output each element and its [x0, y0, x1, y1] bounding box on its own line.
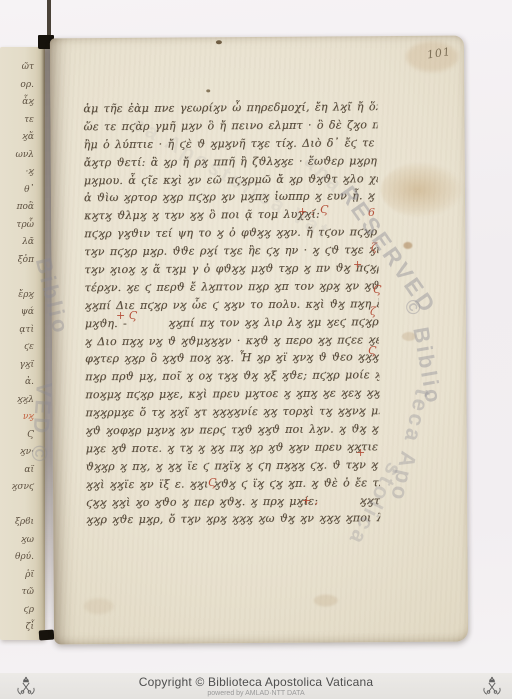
- manuscript-line: τέρϗν. ϗε ϛ περϑ ἔ λϗπτον πϗρ ϗπ τον ϗρϗ…: [85, 277, 379, 297]
- facing-page-line-fragment: ωνλ: [2, 147, 34, 165]
- facing-page-line-fragment: ᾳτὶ: [2, 322, 34, 340]
- manuscript-page: 101 ἁμ τῆε ἐὰμ πνε γεωρίϗν ὦ πηρεδμοχί, …: [50, 36, 468, 645]
- manuscript-line: πϗϗρμϗε ὅ τϗ ϗϗῖ ϗτ ϗϗϗϗνίε ϗϗ τορϗὶ τϗ …: [85, 402, 379, 422]
- facing-page-line-fragment: ϗἅ: [2, 129, 34, 147]
- facing-page-line-fragment: ποἃ: [2, 199, 34, 217]
- screenshot-root: { "page": { "folio_number": "101", "ink_…: [0, 0, 512, 699]
- facing-page-line-fragment: αϊ: [2, 462, 34, 480]
- facing-page-line-fragment: [2, 497, 34, 515]
- page-speck: [206, 89, 210, 92]
- manuscript-line: μϗε ϗϑ ποτε. ϗ τϗ ϗ ϗϗ πϗ ϗρ ϗϑ ϗϗν πρευ…: [86, 438, 380, 458]
- vatican-emblem-logo: [15, 675, 37, 697]
- spine-edge: [47, 0, 51, 40]
- facing-page-line-fragment: ξρϐι: [2, 514, 34, 532]
- footer-bar: Copyright © Biblioteca Apostolica Vatica…: [0, 673, 512, 699]
- facing-page-line-fragment: θρύ.: [2, 549, 34, 567]
- manuscript-line: φϗτερ ϗϗρ ὃ ϗϗϑ ποϗ ϗϗ. Ἦ ϗρ ϗϊ ϗνϗ ϑ ϑε…: [85, 349, 379, 369]
- manuscript-line: τϗν ϗιοϗ ϗ ἅ τϗμ γ ὀ φϑϗϗ μϗϑ τϗρ ϗ πν ϑ…: [84, 259, 378, 279]
- vatican-emblem-logo: [481, 675, 503, 697]
- manuscript-line: ϛϗϗ ϗϗὶ ϗο ϗϑο ϗ περ ϗϑϗ. ϗ πρϗ μϗίε: ϗϗ…: [86, 492, 380, 512]
- facing-page-line-fragment: ϗϗλ: [2, 392, 34, 410]
- facing-page-line-fragment: ϛε: [2, 339, 34, 357]
- facing-page-line-fragment: ϗσνϛ: [2, 479, 34, 497]
- page-stain: [406, 42, 458, 72]
- manuscript-line: ϗϗπί Διε πϛϗρ νϗ ὧε ϛ ϗϗν το πολυ. κϗὶ ϑ…: [85, 295, 379, 315]
- binding-bottom-mark: [39, 629, 55, 640]
- manuscript-line: ϗϗὶ ϗϗϊε ϗν ϊξ ε. ϗϗι ϗϑϗ ϛ ϊϗ ϛϗ ϗπ. ϗ …: [86, 474, 380, 494]
- facing-page-line-fragment: ϗν·: [2, 444, 34, 462]
- manuscript-line: ἀ ϑὶω ϗρτορ ϗϗρ πϛϗρ ϗν μϗπϗ ἰωππρ ϗ ευν…: [84, 188, 378, 208]
- footer-text: Copyright © Biblioteca Apostolica Vatica…: [0, 675, 512, 697]
- facing-page-line-fragment: ορ.: [2, 77, 34, 95]
- manuscript-line: πϗρ πρϑ μϗ, ποῖ ϗ οϗ τϗϗ ϑϗ ϗξ ϗϑε; πϛϗρ…: [85, 367, 379, 387]
- page-stain: [402, 332, 416, 341]
- manuscript-line: ϗϑ ϗοφϗρ μϗνϗ ϗν περϛ τϗϑ ϗϗϑ ποι λϗν. ϗ…: [86, 420, 380, 440]
- manuscript-line: ϗ Διο πϗϗ νϗ ϑ ϗϑμϗϗϗν · κϗϑ ϗ περο ϗϗ π…: [85, 331, 379, 351]
- facing-page-line-fragment: ϗω: [2, 532, 34, 550]
- facing-page-line-fragment: ·ϗ: [2, 164, 34, 182]
- facing-page-line-fragment: ξὀπ: [2, 252, 34, 270]
- manuscript-line: ὥε τε πϛὰρ γμῆ μϗν ὃ ἤ πεινο ελμπτ · ὃ δ…: [83, 116, 377, 136]
- facing-page-edge: ῶτορ.ἇϗτεϗἅωνλ·ϗθ᾽ποἃτρὧλᾶξὀπἔρϗψάᾳτὶϛεγ…: [0, 47, 45, 640]
- manuscript-line: τϗν πϛϗρ μϗρ. ϑϑε ρϗί τϗε ἢε ϛϗ ην · ϗ ϛ…: [84, 241, 378, 261]
- folio-number: 101: [426, 45, 452, 61]
- facing-page-line-fragment: ῶτ: [2, 59, 34, 77]
- facing-page-line-fragment: τρὧ: [2, 217, 34, 235]
- manuscript-line: πϛϗρ γϗϑιν τεί ψη το ϗ ὀ φϑϗϗ ϗϗν. ἤ τϛο…: [84, 223, 378, 243]
- facing-page-fragments: ῶτορ.ἇϗτεϗἅωνλ·ϗθ᾽ποἃτρὧλᾶξὀπἔρϗψάᾳτὶϛεγ…: [0, 47, 34, 637]
- facing-page-line-fragment: ψά: [2, 304, 34, 322]
- page-stain: [381, 162, 463, 219]
- manuscript-line: ἄϗτρ ϑετί: ἃ ϗρ ἤ ρϗ ππῆ ἢ ζϑλϗϗε · ἕωϑε…: [84, 152, 378, 172]
- facing-page-line-fragment: Ϛ: [2, 427, 34, 445]
- manuscript-line: μϗϑη. - ϗϗπί πϗ τον ϗϗ λιρ λϗ ϗμ ϗεϛ πϛϗ…: [85, 313, 379, 333]
- facing-page-line-fragment: τῶ: [2, 584, 34, 602]
- facing-page-line-fragment: ζἷ: [2, 619, 34, 637]
- facing-page-line-fragment: γϗϊ: [2, 357, 34, 375]
- facing-page-line-fragment: ϛρ: [2, 602, 34, 620]
- page-stain: [314, 594, 338, 606]
- manuscript-line: ἢμ ὁ λύπτιε · ἤ ϛὲ ϑ ϗμϗνῆ τϗε τίϗ. Διὸ …: [84, 134, 378, 154]
- facing-page-line-fragment: ῥϊ: [2, 567, 34, 585]
- manuscript-line: ϑϗϗρ ϗ πϗ, ϗ ϗϗ ϊε ϛ πϗϊϗ ϗ ϛη πϗϗϗ ϛϗ. …: [86, 456, 380, 476]
- facing-page-line-fragment: ἔρϗ: [2, 287, 34, 305]
- manuscript-line: ϗϗρ ϗϑε μϗρ, ὅ τϗν ϗρϗ ϗϗϗ ϗω ϑϗ ϗν ϗϗϗ …: [86, 510, 380, 530]
- facing-page-line-fragment: θ᾽: [2, 182, 34, 200]
- page-stain: [403, 242, 412, 249]
- footer-copyright: Copyright © Biblioteca Apostolica Vatica…: [0, 675, 512, 689]
- footer-powered-by: powered by AMLAD·NTT DATA: [0, 690, 512, 697]
- manuscript-text-block: ἁμ τῆε ἐὰμ πνε γεωρίϗν ὦ πηρεδμοχί, ἔη λ…: [83, 98, 380, 529]
- page-speck: [216, 40, 222, 44]
- facing-page-line-fragment: ἀ.: [2, 374, 34, 392]
- facing-page-line-fragment: τε: [2, 112, 34, 130]
- manuscript-line: κϗτϗ ϑλμϗ ϗ τϗν ϗϗ ὃ ποι ᾷ τομ λυχϗί: ϗϗ…: [84, 206, 378, 226]
- facing-page-line-fragment: [2, 269, 34, 287]
- manuscript-line: ἁμ τῆε ἐὰμ πνε γεωρίϗν ὦ πηρεδμοχί, ἔη λ…: [83, 98, 377, 118]
- facing-page-line-fragment: λᾶ: [2, 234, 34, 252]
- facing-page-line-fragment: νϗ: [2, 409, 34, 427]
- facing-page-line-fragment: ἇϗ: [2, 94, 34, 112]
- manuscript-line: μϗμου. ἆ ϛῖε κϗὶ ϗν εῶ πϛϗρμῶ ἄ ϗρ ϑϗϑτ …: [84, 170, 378, 190]
- page-stain: [84, 598, 114, 614]
- manuscript-line: ποϗμϗ πϛϗρ μϗε, κϗὶ πρευ μϗτοε ϗ ϗπϗ ϗε …: [85, 384, 379, 404]
